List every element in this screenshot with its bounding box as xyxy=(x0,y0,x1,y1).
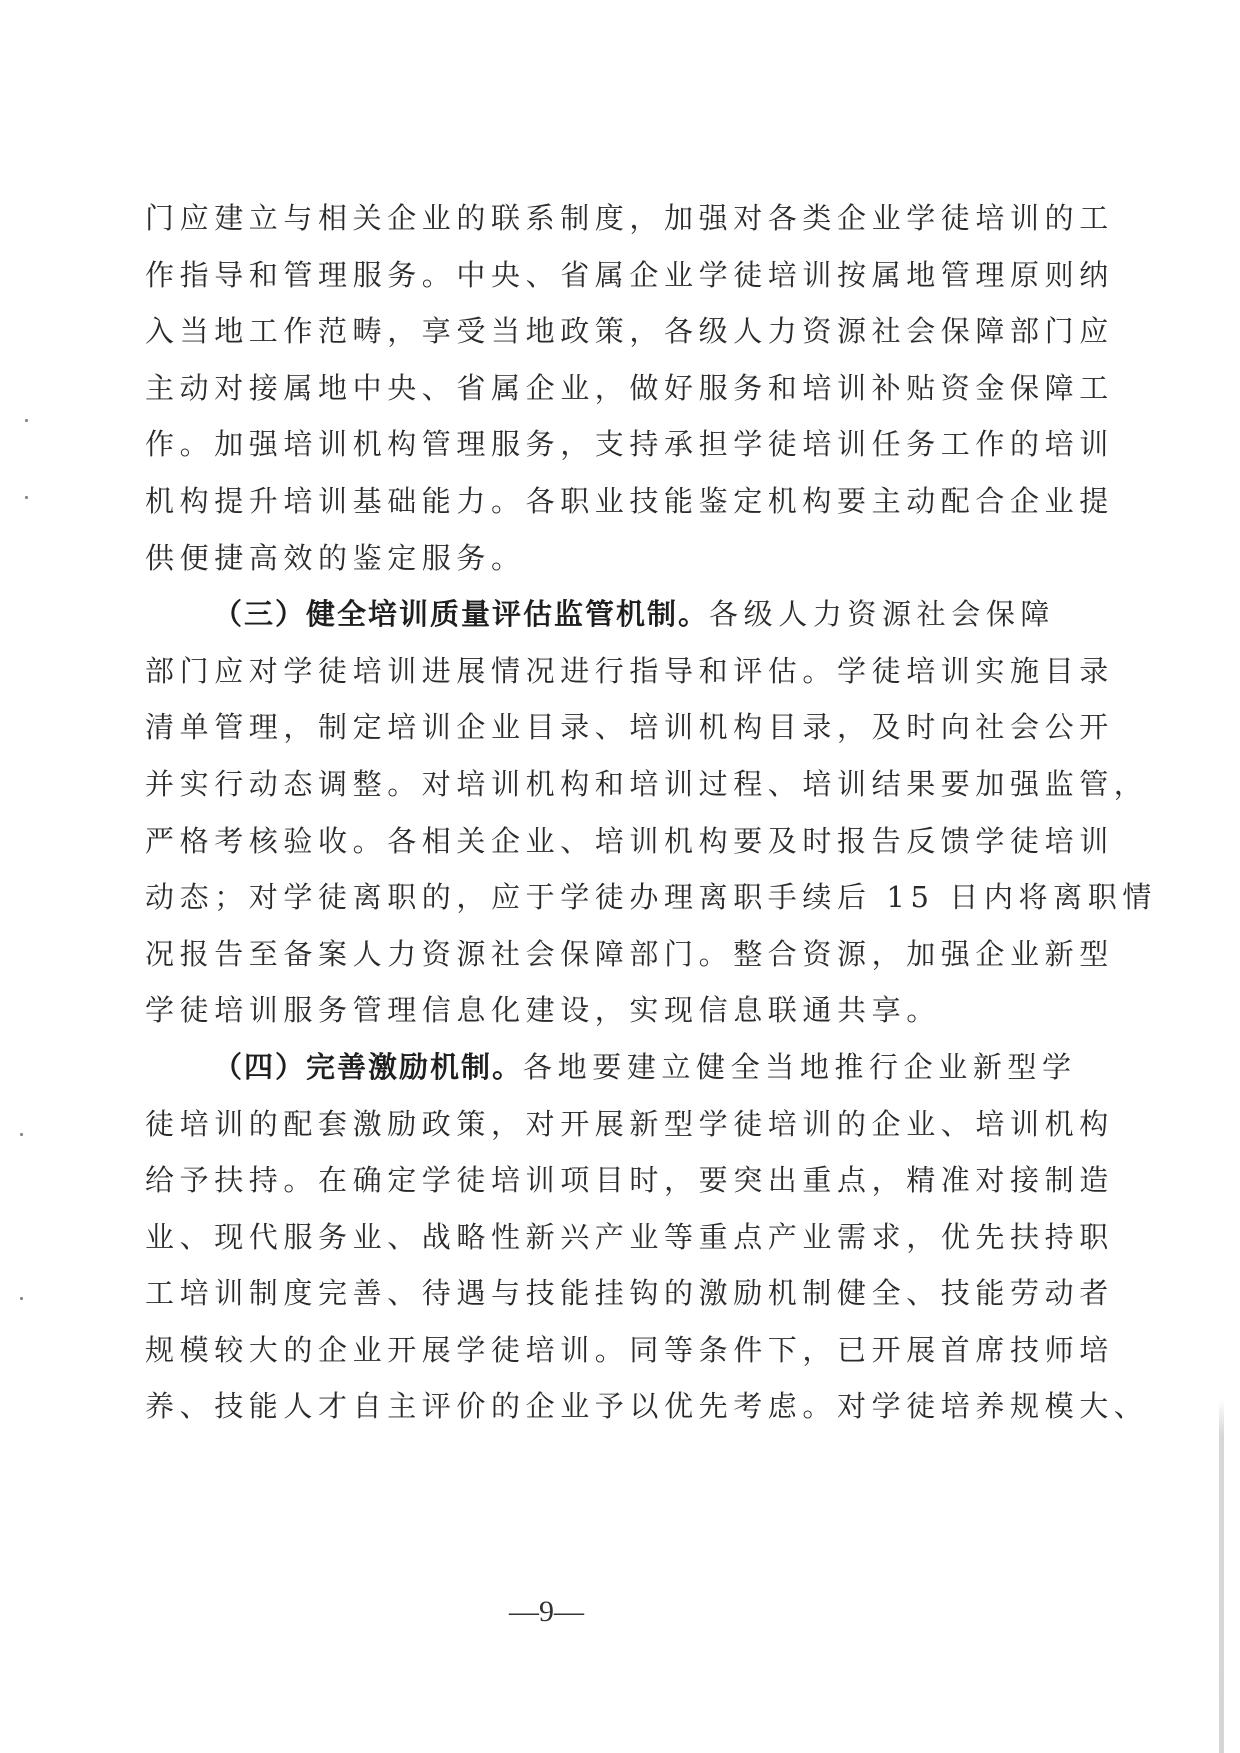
text-line-3: 入当地工作范畴，享受当地政策，各级人力资源社会保障部门应 xyxy=(145,303,975,360)
section-heading-3: （三）健全培训质量评估监管机制。 xyxy=(213,597,709,631)
scan-speck xyxy=(25,496,28,499)
text-line-12: 严格考核验收。各相关企业、培训机构要及时报告反馈学徒培训 xyxy=(145,813,975,870)
text-line-15: 学徒培训服务管理信息化建设，实现信息联通共享。 xyxy=(145,982,975,1039)
scan-speck xyxy=(20,1297,23,1300)
text-line-21: 规模较大的企业开展学徒培训。同等条件下，已开展首席技师培 xyxy=(145,1322,975,1379)
text-line-20: 工培训制度完善、待遇与技能挂钩的激励机制健全、技能劳动者 xyxy=(145,1265,975,1322)
text-line-11: 并实行动态调整。对培训机构和培训过程、培训结果要加强监管， xyxy=(145,756,975,813)
text-line-19: 业、现代服务业、战略性新兴产业等重点产业需求，优先扶持职 xyxy=(145,1209,975,1266)
document-page: 门应建立与相关企业的联系制度，加强对各类企业学徒培训的工 作指导和管理服务。中央… xyxy=(0,0,1240,1753)
text-line-5: 作。加强培训机构管理服务，支持承担学徒培训任务工作的培训 xyxy=(145,416,975,473)
scan-speck xyxy=(20,1133,23,1136)
text-line-7: 供便捷高效的鉴定服务。 xyxy=(145,530,975,587)
section-4-text: 各地要建立健全当地推行企业新型学 xyxy=(523,1050,1077,1084)
document-body: 门应建立与相关企业的联系制度，加强对各类企业学徒培训的工 作指导和管理服务。中央… xyxy=(145,190,975,1435)
section-heading-4: （四）完善激励机制。 xyxy=(213,1050,523,1084)
text-line-6: 机构提升培训基础能力。各职业技能鉴定机构要主动配合企业提 xyxy=(145,473,975,530)
text-line-22: 养、技能人才自主评价的企业予以优先考虑。对学徒培养规模大、 xyxy=(145,1378,975,1435)
scan-speck xyxy=(25,419,28,422)
text-line-4: 主动对接属地中央、省属企业，做好服务和培训补贴资金保障工 xyxy=(145,360,975,417)
section-3-first-line: （三）健全培训质量评估监管机制。各级人力资源社会保障 xyxy=(145,586,975,643)
text-line-17: 徒培训的配套激励政策，对开展新型学徒培训的企业、培训机构 xyxy=(145,1096,975,1153)
scan-edge-shadow xyxy=(1219,1400,1224,1753)
text-line-14: 况报告至备案人力资源社会保障部门。整合资源，加强企业新型 xyxy=(145,926,975,983)
page-number: —9— xyxy=(0,1595,1093,1629)
text-line-18: 给予扶持。在确定学徒培训项目时，要突出重点，精准对接制造 xyxy=(145,1152,975,1209)
text-line-1: 门应建立与相关企业的联系制度，加强对各类企业学徒培训的工 xyxy=(145,190,975,247)
text-line-10: 清单管理，制定培训企业目录、培训机构目录，及时向社会公开 xyxy=(145,699,975,756)
text-line-9: 部门应对学徒培训进展情况进行指导和评估。学徒培训实施目录 xyxy=(145,643,975,700)
section-4-first-line: （四）完善激励机制。各地要建立健全当地推行企业新型学 xyxy=(145,1039,975,1096)
text-line-2: 作指导和管理服务。中央、省属企业学徒培训按属地管理原则纳 xyxy=(145,247,975,304)
text-line-13: 动态；对学徒离职的，应于学徒办理离职手续后 15 日内将离职情 xyxy=(145,869,975,926)
section-3-text: 各级人力资源社会保障 xyxy=(709,597,1055,631)
